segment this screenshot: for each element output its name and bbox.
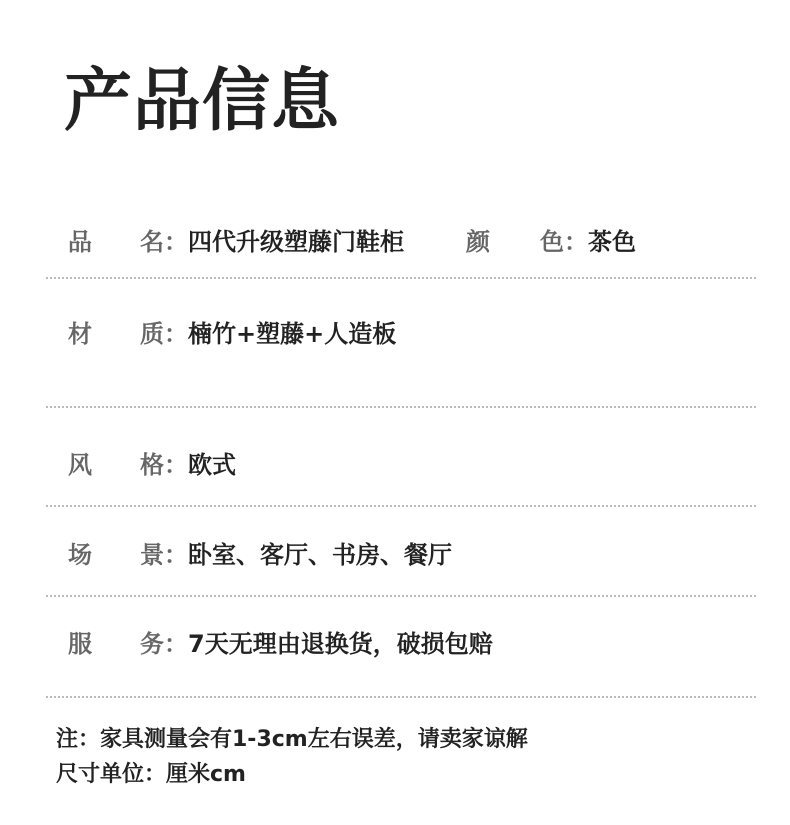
value-color: 茶色: [588, 227, 636, 257]
label-service-a: 服: [68, 629, 92, 659]
divider: [46, 406, 756, 408]
divider: [46, 277, 756, 279]
page-title: 产品信息: [64, 62, 340, 142]
label-name-b: 名：: [140, 227, 188, 257]
label-color-a: 颜: [466, 227, 490, 257]
divider: [46, 505, 756, 507]
value-service: 7天无理由退换货，破损包赔: [188, 629, 493, 659]
value-product-name: 四代升级塑藤门鞋柜: [188, 227, 404, 257]
label-material-a: 材: [68, 319, 92, 349]
label-color-b: 色：: [540, 227, 588, 257]
note-unit: 尺寸单位：厘米cm: [56, 760, 246, 790]
label-style-b: 格：: [140, 450, 188, 480]
label-scene-b: 景：: [140, 540, 188, 570]
value-material: 楠竹+塑藤+人造板: [188, 319, 396, 349]
value-style: 欧式: [188, 450, 236, 480]
label-service-b: 务：: [140, 629, 188, 659]
label-material-b: 质：: [140, 319, 188, 349]
divider: [46, 696, 756, 698]
divider: [46, 595, 756, 597]
value-scene: 卧室、客厅、书房、餐厅: [188, 540, 452, 570]
label-style-a: 风: [68, 450, 92, 480]
note-measurement: 注：家具测量会有1-3cm左右误差，请卖家谅解: [56, 725, 528, 755]
label-name-a: 品: [68, 227, 92, 257]
label-scene-a: 场: [68, 540, 92, 570]
